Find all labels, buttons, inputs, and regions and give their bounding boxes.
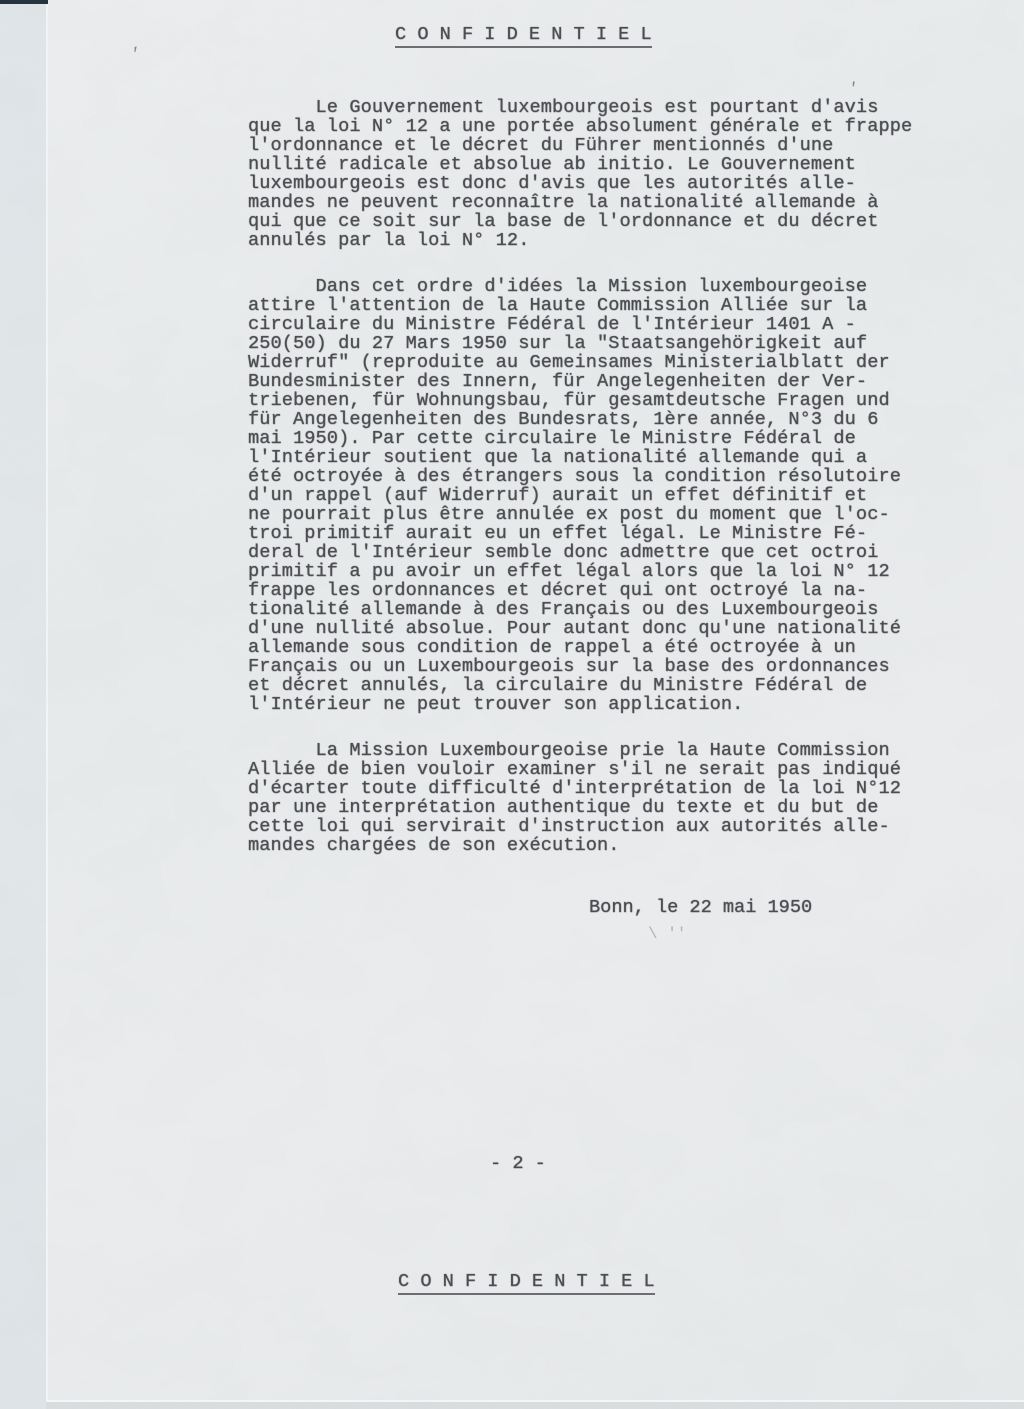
classification-header-bottom: C O N F I D E N T I E L — [398, 1272, 655, 1295]
scanned-document-page: C O N F I D E N T I E L Le Gouvernement … — [0, 0, 1024, 1409]
scan-top-dark-bar — [0, 0, 48, 4]
scan-left-strip — [0, 0, 48, 1409]
classification-header-top: C O N F I D E N T I E L — [395, 25, 652, 48]
stray-mark-margin: , — [129, 35, 142, 55]
stray-mark-apostrophe: ' — [847, 79, 859, 98]
paragraph-2: Dans cet ordre d'idées la Mission luxemb… — [248, 277, 901, 714]
stray-mark-under-dateline: \ '' — [648, 925, 686, 943]
page-number: - 2 - — [490, 1154, 546, 1173]
paragraph-3: La Mission Luxembourgeoise prie la Haute… — [248, 741, 901, 855]
scan-bottom-edge — [46, 1400, 1024, 1409]
paragraph-1: Le Gouvernement luxembourgeois est pourt… — [248, 98, 912, 250]
dateline: Bonn, le 22 mai 1950 — [589, 898, 812, 917]
